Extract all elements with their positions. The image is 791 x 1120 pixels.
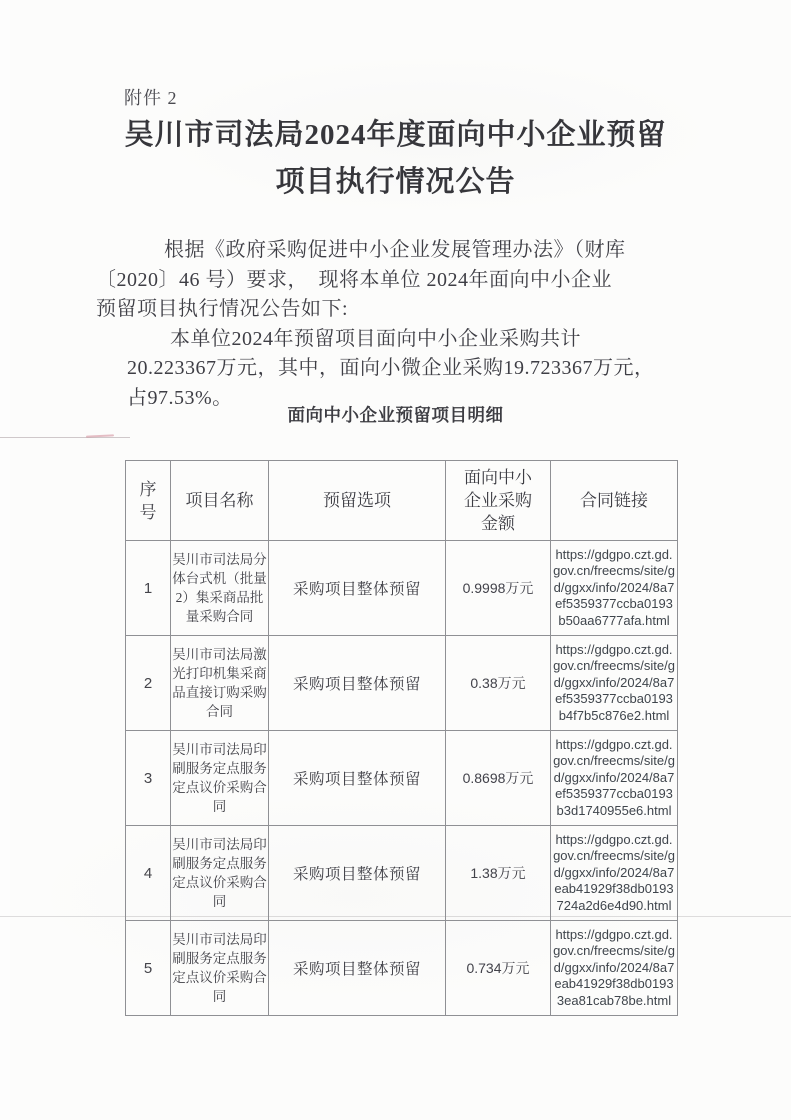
document-page: 附件 2 吴川市司法局2024年度面向中小企业预留 项目执行情况公告 根据《政府… <box>0 0 791 1120</box>
doc-title-line-1: 吴川市司法局2024年度面向中小企业预留 <box>124 119 666 151</box>
table-row: 5 吴川市司法局印刷服务定点服务定点议价采购合同 采购项目整体预留 0.734万… <box>126 921 678 1016</box>
amount-cell: 1.38万元 <box>446 826 551 921</box>
scan-artifact-line <box>0 916 791 917</box>
amount-cell: 0.8698万元 <box>446 731 551 826</box>
table-caption: 面向中小企业预留项目明细 <box>0 402 791 427</box>
table-row: 2 吴川市司法局激光打印机集采商品直接订购采购合同 采购项目整体预留 0.38万… <box>126 636 678 731</box>
option-cell: 采购项目整体预留 <box>269 731 446 826</box>
link-cell: https://gdgpo.czt.gd.gov.cn/freecms/site… <box>551 731 678 826</box>
link-cell: https://gdgpo.czt.gd.gov.cn/freecms/site… <box>551 921 678 1016</box>
body-line: 本单位2024年预留项目面向中小企业采购共计 <box>96 325 710 355</box>
name-cell: 吴川市司法局印刷服务定点服务定点议价采购合同 <box>171 826 269 921</box>
amount-cell: 0.734万元 <box>446 921 551 1016</box>
header-cell-seq: 序号 <box>126 461 171 541</box>
seq-cell: 5 <box>126 921 171 1016</box>
option-cell: 采购项目整体预留 <box>269 636 446 731</box>
link-cell: https://gdgpo.czt.gd.gov.cn/freecms/site… <box>551 541 678 636</box>
attachment-label: 附件 2 <box>124 84 178 110</box>
seq-cell: 4 <box>126 826 171 921</box>
doc-title: 吴川市司法局2024年度面向中小企业预留 项目执行情况公告 <box>0 112 791 206</box>
body-line: 20.223367万元，其中，面向小微企业采购19.723367万元， <box>96 354 710 384</box>
body-line: 〔2020〕46 号）要求， 现将本单位 2024年面向中小企业 <box>96 266 710 296</box>
seq-cell: 2 <box>126 636 171 731</box>
option-cell: 采购项目整体预留 <box>269 826 446 921</box>
name-cell: 吴川市司法局激光打印机集采商品直接订购采购合同 <box>171 636 269 731</box>
header-row: 序号 项目名称 预留选项 面向中小企业采购金额 合同链接 <box>126 461 678 541</box>
option-cell: 采购项目整体预留 <box>269 921 446 1016</box>
table-row: 3 吴川市司法局印刷服务定点服务定点议价采购合同 采购项目整体预留 0.8698… <box>126 731 678 826</box>
header-cell-option: 预留选项 <box>269 461 446 541</box>
seq-cell: 3 <box>126 731 171 826</box>
header-cell-link: 合同链接 <box>551 461 678 541</box>
table-row: 4 吴川市司法局印刷服务定点服务定点议价采购合同 采购项目整体预留 1.38万元… <box>126 826 678 921</box>
header-cell-amount: 面向中小企业采购金额 <box>446 461 551 541</box>
amount-cell: 0.38万元 <box>446 636 551 731</box>
link-cell: https://gdgpo.czt.gd.gov.cn/freecms/site… <box>551 826 678 921</box>
header-cell-name: 项目名称 <box>171 461 269 541</box>
name-cell: 吴川市司法局印刷服务定点服务定点议价采购合同 <box>171 921 269 1016</box>
name-cell: 吴川市司法局分体台式机（批量2）集采商品批量采购合同 <box>171 541 269 636</box>
table-row: 1 吴川市司法局分体台式机（批量2）集采商品批量采购合同 采购项目整体预留 0.… <box>126 541 678 636</box>
body-line: 预留项目执行情况公告如下: <box>96 295 710 325</box>
option-cell: 采购项目整体预留 <box>269 541 446 636</box>
amount-cell: 0.9998万元 <box>446 541 551 636</box>
link-cell: https://gdgpo.czt.gd.gov.cn/freecms/site… <box>551 636 678 731</box>
seq-cell: 1 <box>126 541 171 636</box>
body-line: 根据《政府采购促进中小企业发展管理办法》（财库 <box>96 236 710 266</box>
body-paragraphs: 根据《政府采购促进中小企业发展管理办法》（财库 〔2020〕46 号）要求， 现… <box>96 236 710 413</box>
projects-table: 序号 项目名称 预留选项 面向中小企业采购金额 合同链接 1 吴川市司法局分体台… <box>125 460 678 1016</box>
doc-title-line-2: 项目执行情况公告 <box>275 166 515 198</box>
scan-artifact-line <box>0 437 130 438</box>
name-cell: 吴川市司法局印刷服务定点服务定点议价采购合同 <box>171 731 269 826</box>
